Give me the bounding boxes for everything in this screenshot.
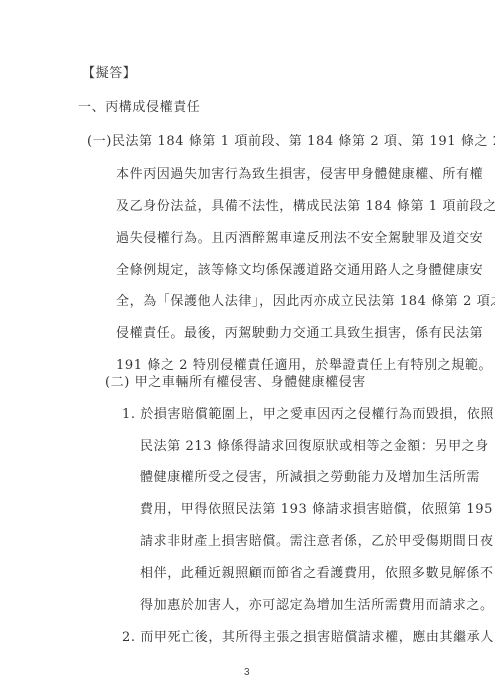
answer-heading: 【擬答】 bbox=[82, 66, 136, 82]
subsection-1-title: (一)民法第 184 條第 1 項前段、第 184 條第 2 項、第 191 條… bbox=[87, 134, 495, 150]
paragraph-line: 體健康權所受之侵害，所減損之勞動能力及增加生活所需 bbox=[140, 470, 480, 486]
paragraph-line: 191 條之 2 特別侵權責任適用，於舉證責任上有特別之規範。 bbox=[116, 358, 492, 374]
paragraph-line: 過失侵權行為。且丙酒醉駕車違反刑法不安全駕駛罪及道交安 bbox=[116, 231, 483, 247]
paragraph-line: 民法第 213 條係得請求回復原狀或相等之金額：另甲之身 bbox=[140, 439, 489, 455]
paragraph-line: 相伴，此種近親照顧而節省之看護費用，依照多數見解係不 bbox=[140, 566, 494, 582]
paragraph-line: 請求非財產上損害賠償。需注意者係，乙於甲受傷期間日夜 bbox=[140, 534, 494, 550]
paragraph-line: 本件丙因過失加害行為致生損害，侵害甲身體健康權、所有權 bbox=[116, 167, 483, 183]
paragraph-line: 費用，甲得依照民法第 193 條請求損害賠償，依照第 195 條 bbox=[140, 502, 495, 518]
paragraph-line: 侵權責任。最後，丙駕駛動力交通工具致生損害，係有民法第 bbox=[116, 326, 483, 342]
item-1-first-line: 1. 於損害賠償範圍上，甲之愛車因丙之侵權行為而毀損，依照 bbox=[122, 407, 494, 423]
paragraph-line: 及乙身份法益，具備不法性，構成民法第 184 條第 1 項前段之 bbox=[116, 199, 495, 215]
section-1-title: 一、丙構成侵權責任 bbox=[78, 100, 200, 116]
item-2-first-line: 2. 而甲死亡後，其所得主張之損害賠償請求權，應由其繼承人 bbox=[122, 630, 494, 646]
subsection-2-title: (二) 甲之車輛所有權侵害、身體健康權侵害 bbox=[105, 375, 366, 391]
paragraph-line: 得加惠於加害人，亦可認定為增加生活所需費用而請求之。 bbox=[140, 598, 494, 614]
page-number: 3 bbox=[244, 667, 250, 678]
paragraph-line: 全條例規定，該等條文均係保護道路交通用路人之身體健康安 bbox=[116, 263, 483, 279]
paragraph-line: 全，為「保護他人法律」，因此丙亦成立民法第 184 條第 2 項之 bbox=[116, 294, 495, 310]
